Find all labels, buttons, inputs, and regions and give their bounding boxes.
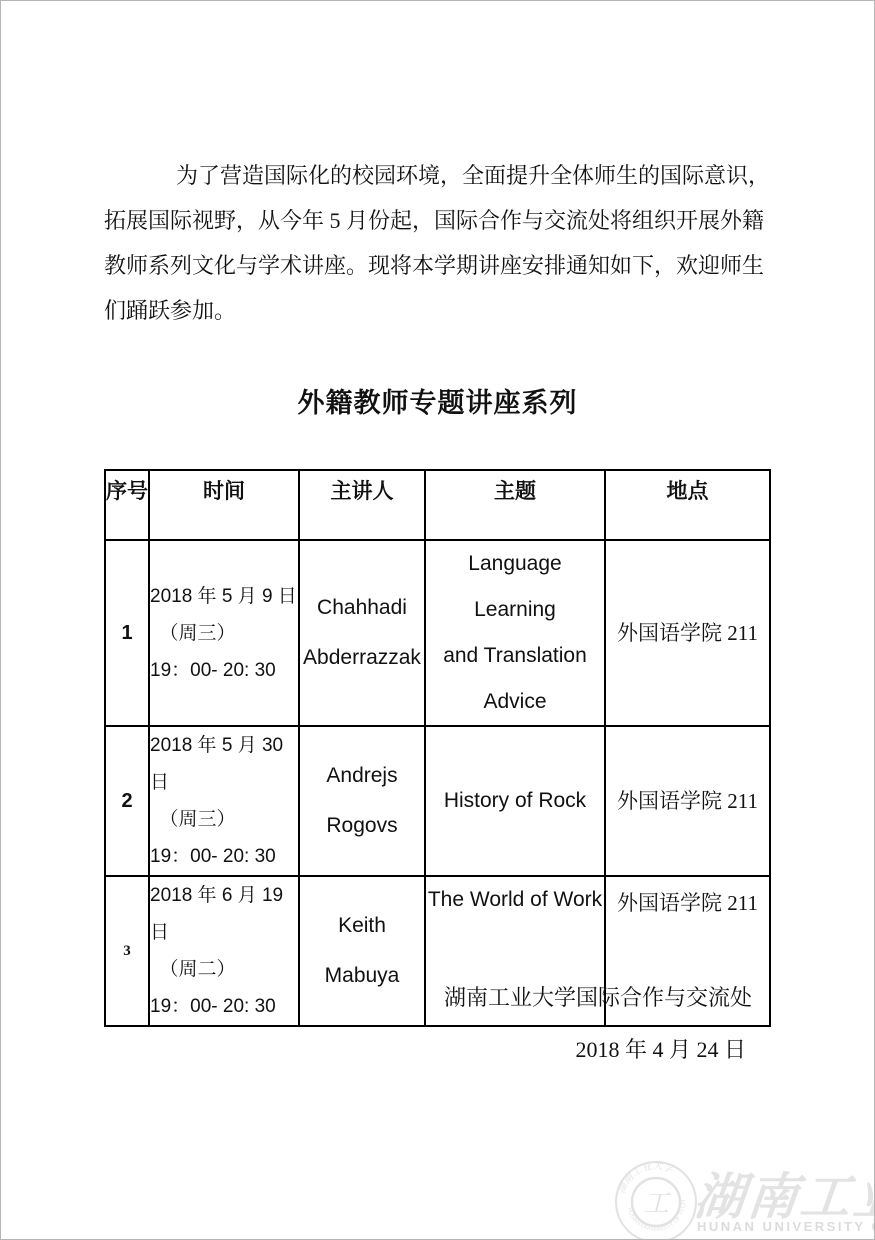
- page-title: 外籍教师专题讲座系列: [1, 381, 874, 420]
- cell-serial: 2: [105, 726, 149, 876]
- seal-center-glyph: 工: [643, 1189, 671, 1218]
- university-watermark: 湖南工业大学 HUNAN UNIVERSITY OF TECHNOLOGY 工 …: [609, 1151, 875, 1240]
- table-header-row: 序号 时间 主讲人 主题 地点: [105, 470, 770, 540]
- cell-time: 2018 年 5 月 30 日 （周三） 19：00- 20: 30: [149, 726, 299, 876]
- watermark-english-text: HUNAN UNIVERSITY OF TECHNOLOGY: [697, 1219, 875, 1234]
- cell-topic: Language Learning and Translation Advice: [425, 540, 605, 726]
- col-header-location: 地点: [605, 470, 770, 540]
- cell-speaker: Chahhadi Abderrazzak: [299, 540, 425, 726]
- cell-location: 外国语学院 211: [605, 540, 770, 726]
- signature-organization: 湖南工业大学国际合作与交流处: [104, 981, 774, 1012]
- cell-topic: History of Rock: [425, 726, 605, 876]
- lecture-schedule-table: 序号 时间 主讲人 主题 地点 1 2018 年 5 月 9 日 （周三） 19…: [104, 469, 771, 1027]
- col-header-speaker: 主讲人: [299, 470, 425, 540]
- col-header-time: 时间: [149, 470, 299, 540]
- cell-speaker: Andrejs Rogovs: [299, 726, 425, 876]
- cell-serial: 1: [105, 540, 149, 726]
- col-header-serial: 序号: [105, 470, 149, 540]
- table-row: 2 2018 年 5 月 30 日 （周三） 19：00- 20: 30 And…: [105, 726, 770, 876]
- cell-location: 外国语学院 211: [605, 726, 770, 876]
- university-seal-icon: 湖南工业大学 HUNAN UNIVERSITY OF TECHNOLOGY 工: [613, 1159, 699, 1240]
- intro-paragraph: 为了营造国际化的校园环境，全面提升全体师生的国际意识， 拓展国际视野，从今年 5…: [104, 153, 776, 333]
- table-row: 1 2018 年 5 月 9 日 （周三） 19：00- 20: 30 Chah…: [105, 540, 770, 726]
- cell-time: 2018 年 5 月 9 日 （周三） 19：00- 20: 30: [149, 540, 299, 726]
- signature-date: 2018 年 4 月 24 日: [104, 1033, 774, 1064]
- document-page: 为了营造国际化的校园环境，全面提升全体师生的国际意识， 拓展国际视野，从今年 5…: [0, 0, 875, 1240]
- col-header-topic: 主题: [425, 470, 605, 540]
